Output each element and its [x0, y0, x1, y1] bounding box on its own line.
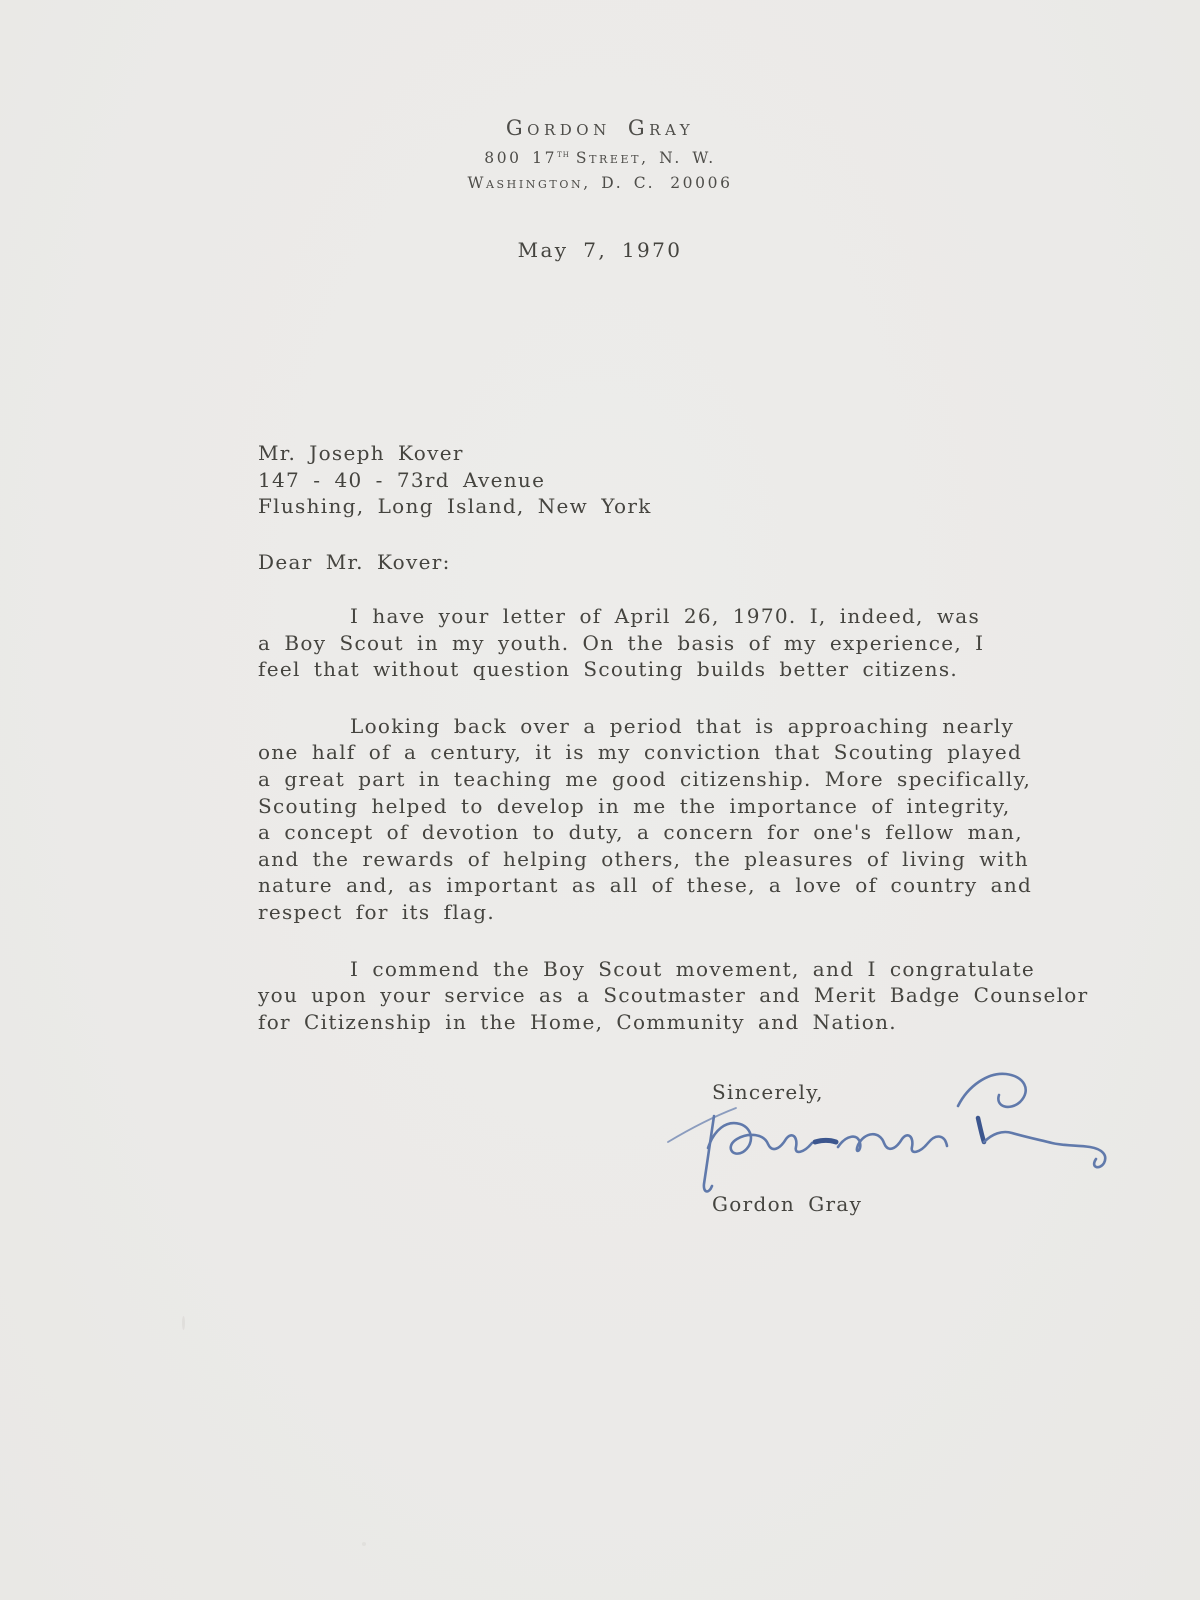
recipient-address-block: Mr. Joseph Kover 147 - 40 - 73rd Avenue …	[258, 440, 652, 520]
letterhead-name: Gordon Gray	[0, 116, 1200, 140]
body-line: nature and, as important as all of these…	[258, 872, 1138, 899]
paragraph-3: I commend the Boy Scout movement, and I …	[258, 956, 1138, 1036]
letterhead-city-line: Washington, D. C.20006	[0, 174, 1200, 192]
letterhead-street-rest: Street, N. W.	[576, 149, 716, 167]
body-line: Looking back over a period that is appro…	[258, 713, 1138, 740]
letterhead: Gordon Gray 800 17thStreet, N. W. Washin…	[0, 116, 1200, 199]
letter-body: I have your letter of April 26, 1970. I,…	[258, 603, 1138, 1065]
letterhead-zip: 20006	[670, 174, 732, 192]
letter-date: May 7, 1970	[0, 238, 1200, 262]
recipient-city-line: Flushing, Long Island, New York	[258, 493, 652, 520]
handwritten-signature	[652, 1052, 1132, 1202]
body-line: you upon your service as a Scoutmaster a…	[258, 982, 1138, 1009]
body-line: a concept of devotion to duty, a concern…	[258, 819, 1138, 846]
body-line: one half of a century, it is my convicti…	[258, 739, 1138, 766]
body-line: and the rewards of helping others, the p…	[258, 846, 1138, 873]
letterhead-street-number: 800 17	[484, 149, 557, 167]
salutation: Dear Mr. Kover:	[258, 550, 451, 574]
paragraph-1: I have your letter of April 26, 1970. I,…	[258, 603, 1138, 683]
body-line: respect for its flag.	[258, 899, 1138, 926]
body-line: I commend the Boy Scout movement, and I …	[258, 956, 1138, 983]
body-line: for Citizenship in the Home, Community a…	[258, 1009, 1138, 1036]
scan-speck	[182, 1316, 185, 1330]
body-line: Scouting helped to develop in me the imp…	[258, 793, 1138, 820]
body-line: a great part in teaching me good citizen…	[258, 766, 1138, 793]
scan-speck	[362, 1542, 366, 1546]
body-line: a Boy Scout in my youth. On the basis of…	[258, 630, 1138, 657]
letterhead-street: 800 17thStreet, N. W.	[0, 149, 1200, 167]
body-line: feel that without question Scouting buil…	[258, 656, 1138, 683]
recipient-street: 147 - 40 - 73rd Avenue	[258, 467, 652, 494]
body-line: I have your letter of April 26, 1970. I,…	[258, 603, 1138, 630]
scanned-letter-page: Gordon Gray 800 17thStreet, N. W. Washin…	[0, 0, 1200, 1600]
paragraph-2: Looking back over a period that is appro…	[258, 713, 1138, 926]
letterhead-street-ordinal: th	[557, 149, 570, 160]
letterhead-city: Washington, D. C.	[467, 174, 655, 192]
recipient-name: Mr. Joseph Kover	[258, 440, 652, 467]
